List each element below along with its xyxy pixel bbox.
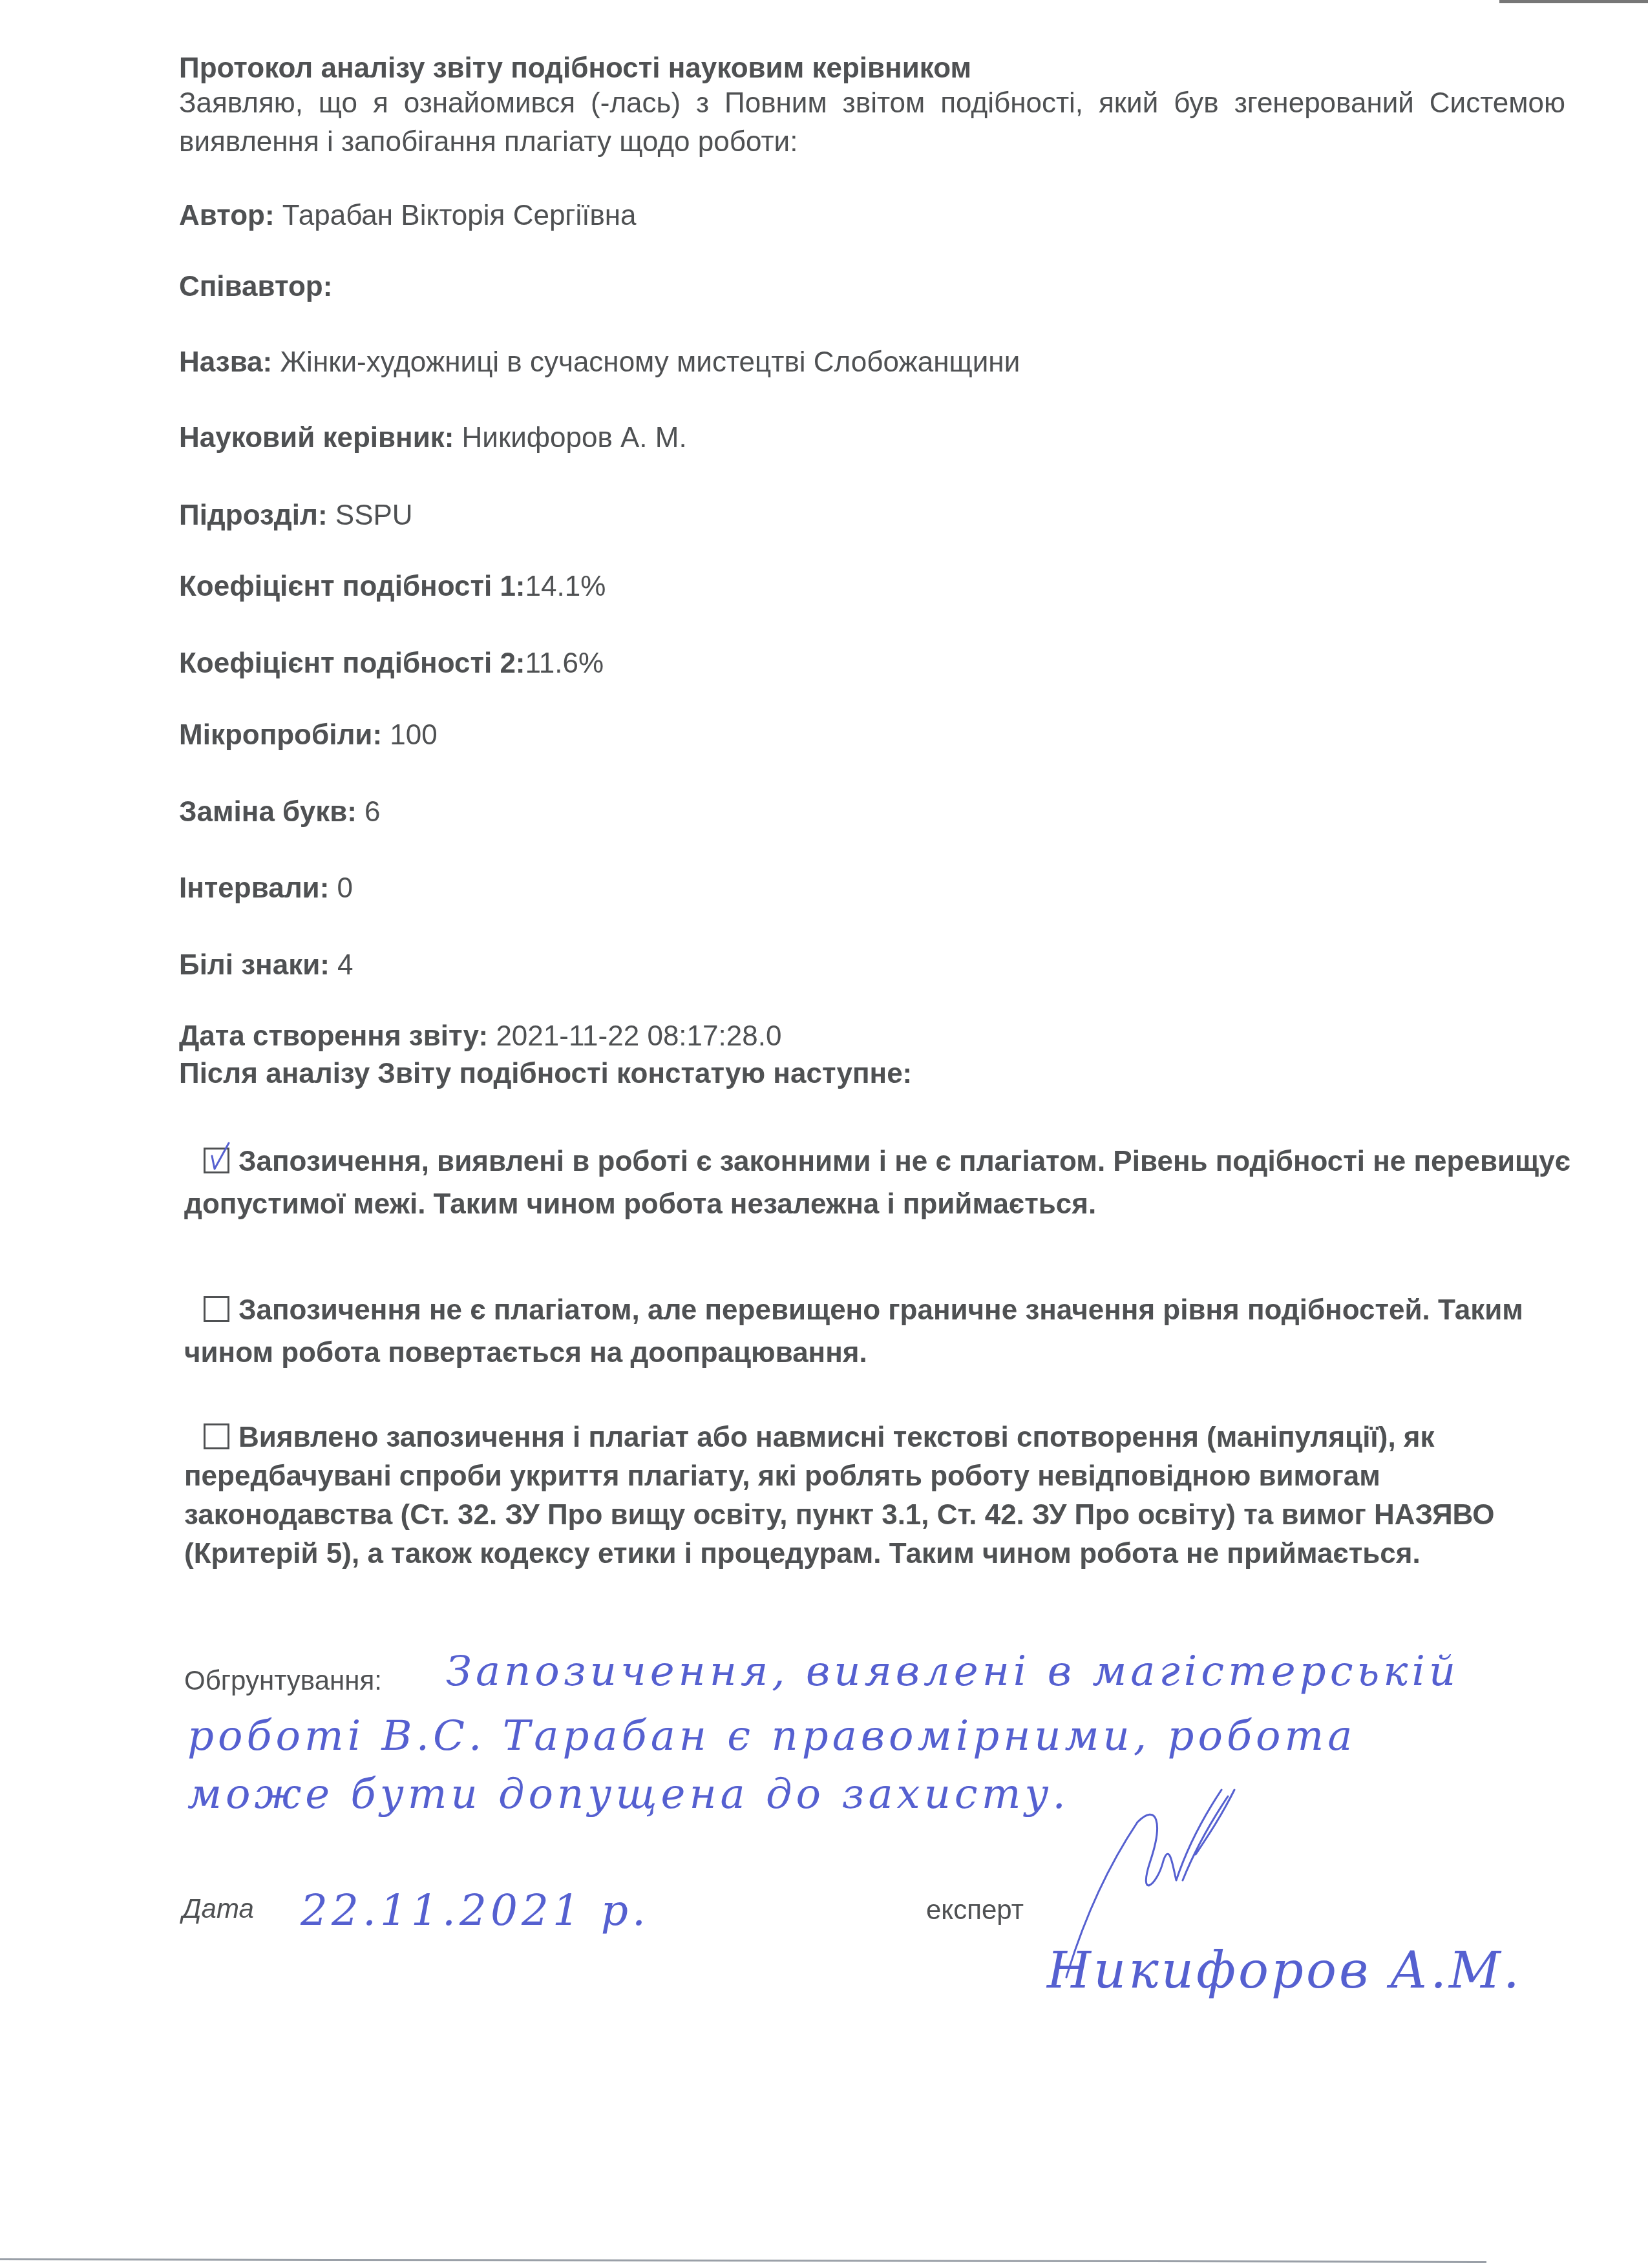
field-similarity-2: Коефіцієнт подібності 2:11.6% <box>179 647 604 680</box>
checkbox-rejected[interactable] <box>204 1423 229 1449</box>
field-value: 100 <box>382 719 438 751</box>
field-similarity-1: Коефіцієнт подібності 1:14.1% <box>179 570 606 604</box>
field-coauthor: Співавтор: <box>179 270 332 304</box>
checkmark-icon <box>207 1140 233 1177</box>
field-title: Назва: Жінки-художниці в сучасному мисте… <box>179 346 1020 379</box>
field-value: Никифоров А. М. <box>454 422 686 454</box>
field-label: Дата створення звіту: <box>179 1020 488 1052</box>
justification-label: Обгрунтування: <box>184 1665 382 1696</box>
field-label: Заміна букв: <box>179 796 357 828</box>
field-label: Білі знаки: <box>179 949 330 981</box>
intro-paragraph: Заявляю, що я ознайомився (-лась) з Повн… <box>179 84 1565 162</box>
expert-label: експерт <box>926 1895 1024 1926</box>
field-label: Інтервали: <box>179 872 329 904</box>
field-label: Підрозділ: <box>179 499 328 531</box>
option-accepted: Запозичення, виявлені в роботі є законни… <box>184 1140 1580 1226</box>
field-department: Підрозділ: SSPU <box>179 499 413 532</box>
field-label: Мікропробіли: <box>179 719 382 751</box>
date-label: Дата <box>182 1893 254 1924</box>
field-value: Тарабан Вікторія Сергіївна <box>275 200 637 231</box>
scan-edge-top <box>1499 0 1648 3</box>
field-value: 0 <box>329 872 353 904</box>
justification-handwriting-line-2: роботі В.С. Тарабан є правомірними, робо… <box>187 1712 1356 1760</box>
field-label: Співавтор: <box>179 271 332 302</box>
field-white-chars: Білі знаки: 4 <box>179 949 354 982</box>
field-label: Коефіцієнт подібності 2: <box>179 647 525 679</box>
field-intervals: Інтервали: 0 <box>179 872 353 905</box>
field-label: Науковий керівник: <box>179 422 454 454</box>
field-value: 4 <box>330 949 354 981</box>
justification-handwriting-line-1: Запозичення, виявлені в магістерській <box>446 1648 1459 1696</box>
field-value: 6 <box>357 796 381 828</box>
document-title: Протокол аналізу звіту подібності науков… <box>179 52 971 85</box>
option-text: Запозичення, виявлені в роботі є законни… <box>184 1146 1570 1220</box>
option-rejected: Виявлено запозичення і плагіат або навми… <box>184 1418 1580 1573</box>
field-author: Автор: Тарабан Вікторія Сергіївна <box>179 199 637 233</box>
field-label: Автор: <box>179 200 275 231</box>
justification-handwriting-line-3: може бути допущена до захисту. <box>187 1770 1070 1818</box>
expert-name-handwriting: Никифоров А.М. <box>1047 1942 1522 2000</box>
field-value: Жінки-художниці в сучасному мистецтві Сл… <box>272 346 1020 378</box>
scan-edge-bottom <box>0 2258 1486 2263</box>
field-label: Назва: <box>179 346 272 378</box>
option-text: Виявлено запозичення і плагіат або навми… <box>184 1422 1494 1570</box>
option-text: Запозичення не є плагіатом, але перевище… <box>184 1294 1523 1369</box>
checkbox-revision[interactable] <box>204 1296 229 1322</box>
checkbox-accepted[interactable] <box>204 1148 229 1173</box>
option-revision: Запозичення не є плагіатом, але перевище… <box>184 1289 1580 1374</box>
date-handwriting: 22.11.2021 р. <box>301 1885 650 1935</box>
field-value: 11.6% <box>525 647 604 679</box>
field-label: Коефіцієнт подібності 1: <box>179 571 525 602</box>
conclusion-heading: Після аналізу Звіту подібності констатую… <box>179 1057 912 1091</box>
field-letter-replacement: Заміна букв: 6 <box>179 795 381 829</box>
field-value: 2021-11-22 08:17:28.0 <box>488 1020 781 1052</box>
field-report-date: Дата створення звіту: 2021-11-22 08:17:2… <box>179 1020 781 1053</box>
field-microspaces: Мікропробіли: 100 <box>179 719 438 752</box>
field-supervisor: Науковий керівник: Никифоров А. М. <box>179 421 687 455</box>
field-value: SSPU <box>328 499 413 531</box>
field-value: 14.1% <box>525 571 606 602</box>
